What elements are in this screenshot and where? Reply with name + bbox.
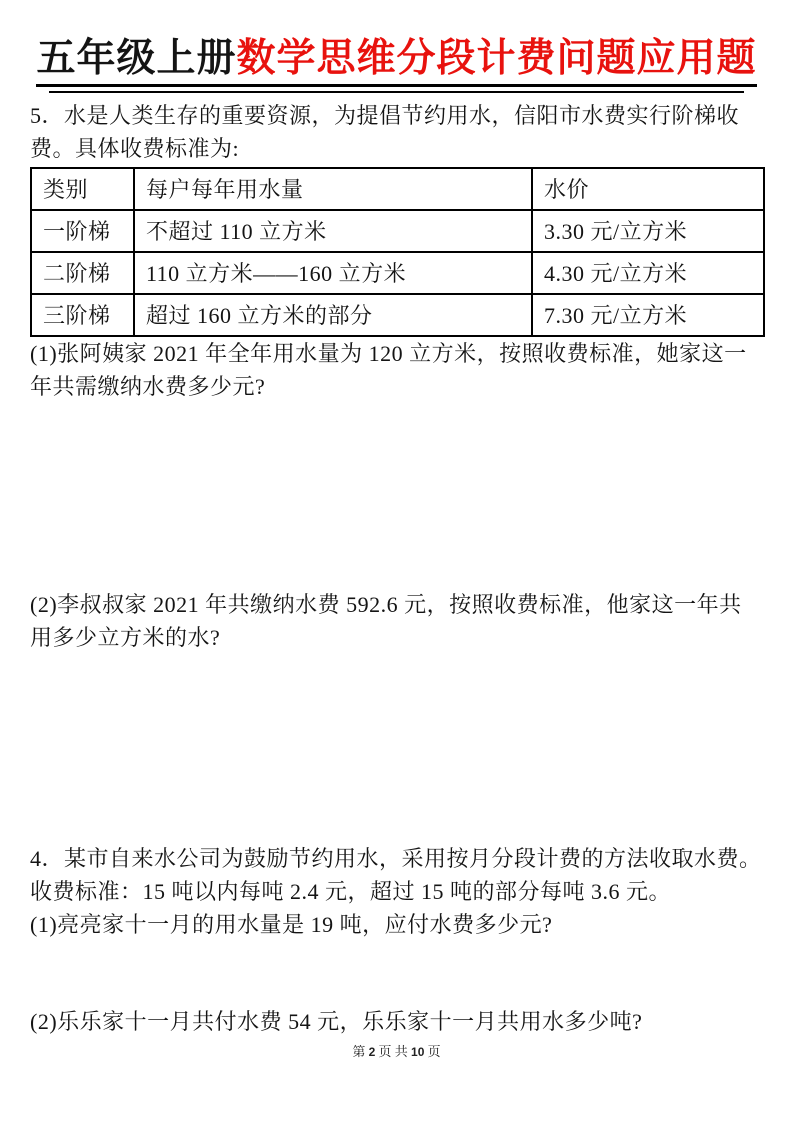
footer-page-number: 2 — [369, 1045, 376, 1059]
page-footer: 第 2 页 共 10 页 — [30, 1041, 763, 1060]
tier2-price: 4.30 元/立方米 — [532, 252, 764, 294]
footer-suffix: 页 — [428, 1044, 441, 1059]
tier3-category: 三阶梯 — [31, 294, 134, 336]
fee-table-header-row: 类别 每户每年用水量 水价 — [31, 168, 764, 210]
q4-intro-text: 4．某市自来水公司为鼓励节约用水，采用按月分段计费的方法收取水费。 — [30, 842, 763, 875]
q4-part1-text: (1)亮亮家十一月的用水量是 19 吨，应付水费多少元? — [30, 908, 763, 941]
page-title: 五年级上册数学思维分段计费问题应用题 — [36, 36, 756, 87]
fee-table-row-tier3: 三阶梯 超过 160 立方米的部分 7.30 元/立方米 — [31, 294, 764, 336]
fee-table-row-tier2: 二阶梯 110 立方米——160 立方米 4.30 元/立方米 — [31, 252, 764, 294]
footer-mid: 页 共 — [379, 1044, 408, 1059]
tier2-usage: 110 立方米——160 立方米 — [134, 252, 532, 294]
col-header-usage: 每户每年用水量 — [134, 168, 532, 210]
tier3-usage: 超过 160 立方米的部分 — [134, 294, 532, 336]
q5-intro-text: 5．水是人类生存的重要资源，为提倡节约用水，信阳市水费实行阶梯收费。具体收费标准… — [30, 99, 763, 165]
title-underline — [49, 91, 744, 93]
q5-part2-text: (2)李叔叔家 2021 年共缴纳水费 592.6 元，按照收费标准，他家这一年… — [30, 588, 763, 654]
worksheet-page: 五年级上册数学思维分段计费问题应用题 5．水是人类生存的重要资源，为提倡节约用水… — [0, 0, 793, 1122]
tier2-category: 二阶梯 — [31, 252, 134, 294]
fee-table-row-tier1: 一阶梯 不超过 110 立方米 3.30 元/立方米 — [31, 210, 764, 252]
q5-part1-text: (1)张阿姨家 2021 年全年用水量为 120 立方米，按照收费标准，她家这一… — [30, 337, 763, 403]
footer-total-pages: 10 — [411, 1045, 424, 1059]
col-header-category: 类别 — [31, 168, 134, 210]
tier1-usage: 不超过 110 立方米 — [134, 210, 532, 252]
col-header-price: 水价 — [532, 168, 764, 210]
page-header: 五年级上册数学思维分段计费问题应用题 — [30, 36, 763, 93]
page-title-grade: 五年级上册 — [36, 37, 236, 80]
answer-space-q5-part1 — [30, 403, 763, 588]
tier3-price: 7.30 元/立方米 — [532, 294, 764, 336]
footer-prefix: 第 — [352, 1044, 365, 1059]
q4-part2-text: (2)乐乐家十一月共付水费 54 元，乐乐家十一月共用水多少吨? — [30, 1005, 763, 1038]
water-fee-table: 类别 每户每年用水量 水价 一阶梯 不超过 110 立方米 3.30 元/立方米… — [30, 167, 765, 337]
tier1-price: 3.30 元/立方米 — [532, 210, 764, 252]
page-title-topic: 数学思维分段计费问题应用题 — [237, 37, 757, 80]
q4-standard-text: 收费标准：15 吨以内每吨 2.4 元，超过 15 吨的部分每吨 3.6 元。 — [30, 875, 763, 908]
answer-space-q4-part1 — [30, 941, 763, 1005]
tier1-category: 一阶梯 — [31, 210, 134, 252]
answer-space-q5-part2 — [30, 654, 763, 842]
